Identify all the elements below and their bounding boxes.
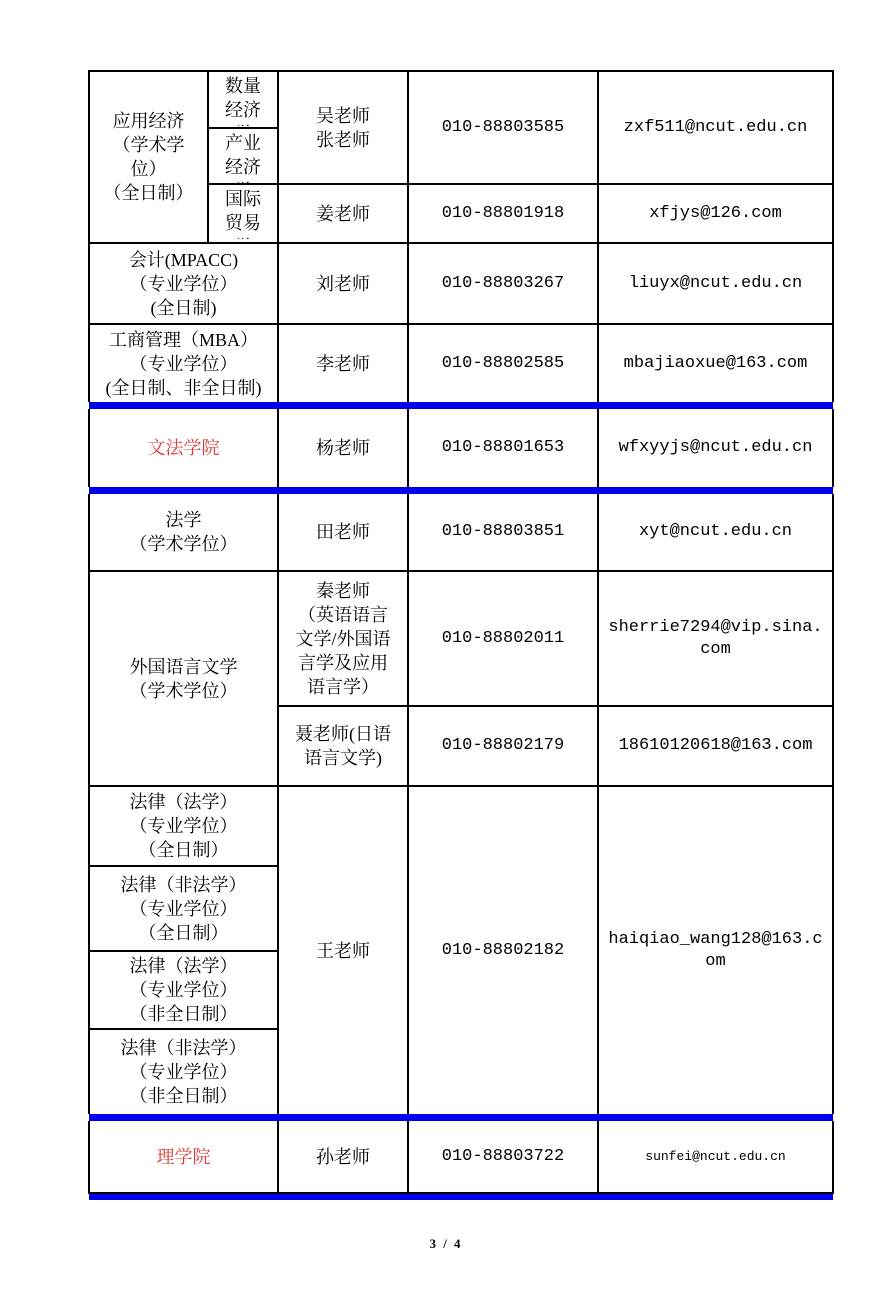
cell-teacher: 聂老师(日语 语言文学) bbox=[278, 706, 408, 786]
direction-text: 产业 经济 学 bbox=[211, 131, 275, 183]
contact-table: 应用经济 （学术学 位） （全日制） 数量 经济 学 吴老师 张老师 010-8… bbox=[88, 70, 834, 1200]
cell-phone: 010-88803585 bbox=[408, 71, 598, 184]
section-separator bbox=[89, 1114, 833, 1121]
cell-phone: 010-88802179 bbox=[408, 706, 598, 786]
cell-program: 工商管理（MBA） （专业学位） (全日制、非全日制) bbox=[89, 324, 278, 402]
section-separator bbox=[89, 1193, 833, 1200]
cell-email: sunfei@ncut.edu.cn bbox=[598, 1121, 833, 1193]
cell-email: wfxyyjs@ncut.edu.cn bbox=[598, 409, 833, 487]
cell-phone: 010-88801918 bbox=[408, 184, 598, 243]
cell-email: zxf511@ncut.edu.cn bbox=[598, 71, 833, 184]
cell-research-direction: 数量 经济 学 bbox=[208, 71, 278, 128]
cell-teacher: 王老师 bbox=[278, 786, 408, 1114]
cell-research-direction: 国际 贸易 学 bbox=[208, 184, 278, 243]
cell-phone: 010-88801653 bbox=[408, 409, 598, 487]
cell-program: 法律（非法学） （专业学位） （全日制） bbox=[89, 866, 278, 951]
cell-program: 法律（法学） （专业学位） （非全日制） bbox=[89, 951, 278, 1029]
document-page: 应用经济 （学术学 位） （全日制） 数量 经济 学 吴老师 张老师 010-8… bbox=[0, 0, 892, 1303]
cell-teacher: 刘老师 bbox=[278, 243, 408, 324]
cell-teacher: 姜老师 bbox=[278, 184, 408, 243]
cell-teacher: 孙老师 bbox=[278, 1121, 408, 1193]
cell-email: liuyx@ncut.edu.cn bbox=[598, 243, 833, 324]
cell-program: 法律（非法学） （专业学位） （非全日制） bbox=[89, 1029, 278, 1114]
cell-email: xyt@ncut.edu.cn bbox=[598, 494, 833, 571]
direction-text: 数量 经济 学 bbox=[211, 74, 275, 126]
cell-program: 外国语言文学 （学术学位） bbox=[89, 571, 278, 786]
cell-phone: 010-88803851 bbox=[408, 494, 598, 571]
cell-teacher: 田老师 bbox=[278, 494, 408, 571]
cell-email: 18610120618@163.com bbox=[598, 706, 833, 786]
cell-phone: 010-88803722 bbox=[408, 1121, 598, 1193]
cell-program: 应用经济 （学术学 位） （全日制） bbox=[89, 71, 208, 243]
cell-phone: 010-88802182 bbox=[408, 786, 598, 1114]
cell-email: xfjys@126.com bbox=[598, 184, 833, 243]
cell-teacher: 吴老师 张老师 bbox=[278, 71, 408, 184]
cell-college-name: 文法学院 bbox=[89, 409, 278, 487]
section-separator bbox=[89, 487, 833, 494]
cell-email: haiqiao_wang128@163.c om bbox=[598, 786, 833, 1114]
direction-text: 国际 贸易 学 bbox=[211, 187, 275, 239]
cell-phone: 010-88802585 bbox=[408, 324, 598, 402]
cell-email: mbajiaoxue@163.com bbox=[598, 324, 833, 402]
cell-phone: 010-88802011 bbox=[408, 571, 598, 706]
cell-email: sherrie7294@vip.sina. com bbox=[598, 571, 833, 706]
section-separator bbox=[89, 402, 833, 409]
cell-program: 会计(MPACC) （专业学位） (全日制) bbox=[89, 243, 278, 324]
cell-program: 法律（法学） （专业学位） （全日制） bbox=[89, 786, 278, 866]
page-number: 3 / 4 bbox=[0, 1236, 892, 1252]
cell-teacher: 杨老师 bbox=[278, 409, 408, 487]
cell-teacher: 秦老师 （英语语言 文学/外国语 言学及应用 语言学） bbox=[278, 571, 408, 706]
cell-phone: 010-88803267 bbox=[408, 243, 598, 324]
cell-program: 法学 （学术学位） bbox=[89, 494, 278, 571]
cell-college-name: 理学院 bbox=[89, 1121, 278, 1193]
cell-teacher: 李老师 bbox=[278, 324, 408, 402]
cell-research-direction: 产业 经济 学 bbox=[208, 128, 278, 184]
